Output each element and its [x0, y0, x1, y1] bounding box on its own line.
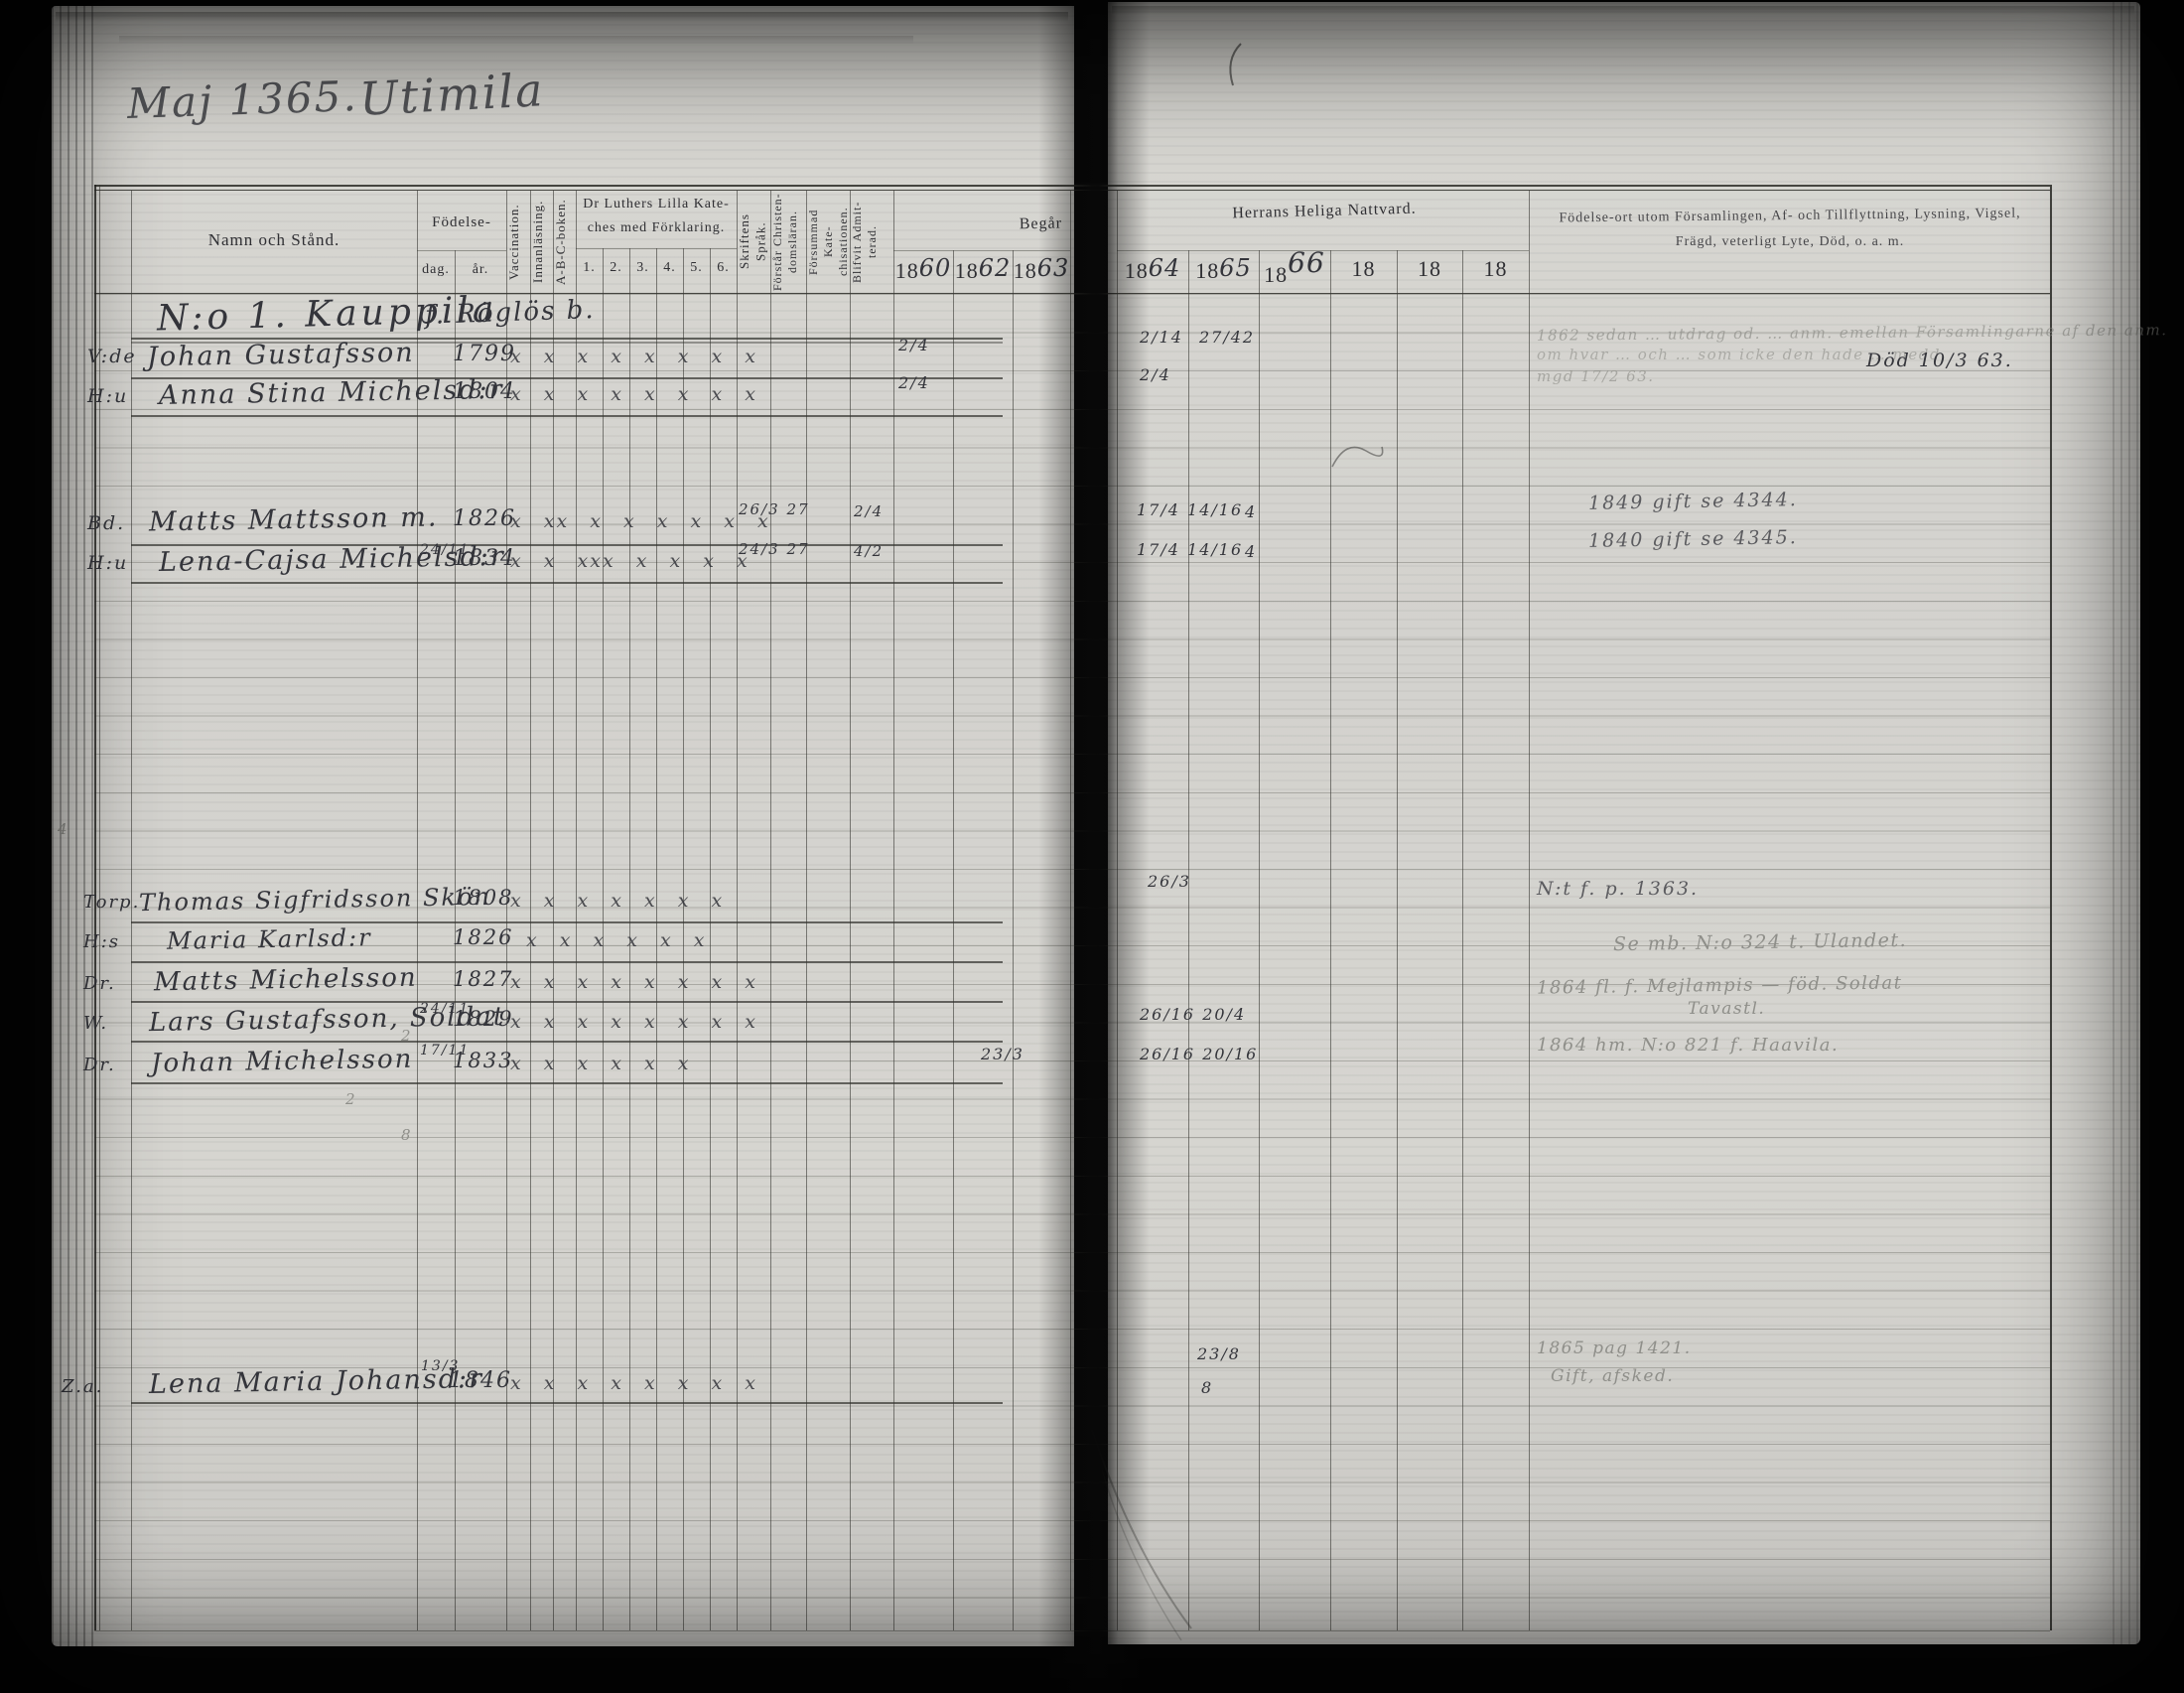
header-fodelse-dag: dag. — [417, 262, 455, 278]
entry-prefix: H:u — [87, 552, 128, 574]
entry-katekes-marks: x x x x x x — [510, 1053, 691, 1074]
entry-birth-year: 1834 — [453, 546, 516, 571]
header-fodelse: Födelse- — [417, 214, 506, 231]
communion-mark: 8 — [1201, 1378, 1213, 1397]
entry-name: Matts Mattsson m. — [149, 501, 439, 537]
ink-flourish — [1326, 437, 1386, 477]
year-cell-18-blank-2: 18 — [1397, 256, 1462, 282]
header-namn-och-stand: Namn och Stånd. — [131, 230, 417, 250]
book-gutter — [1038, 0, 1150, 1693]
communion-mark: 26/16 20/4 — [1140, 1005, 1246, 1024]
entry-birth-year: 1804 — [453, 379, 516, 404]
stray-mark: 8 — [401, 1126, 412, 1144]
entry-birth-year: 1799 — [453, 342, 516, 366]
communion-mark: 26/16 20/16 — [1140, 1045, 1258, 1063]
entry-prefix: Torp. — [83, 892, 140, 913]
entry-katekes-marks: x x x x x x x x — [510, 1011, 757, 1033]
communion-mark: 26/3 — [1148, 872, 1191, 891]
page-stack-edge-right — [2113, 2, 2140, 1644]
entry-birth-year: 1826 — [453, 506, 516, 531]
header-vaccination: Vaccination. — [506, 193, 530, 291]
communion-mark: 23/3 — [981, 1045, 1024, 1063]
communion-mark: 4/2 — [854, 542, 884, 560]
entry-prefix: H:s — [83, 931, 120, 952]
margin-note-death: Död 10/3 63. — [1866, 350, 2013, 371]
header-katekes-col-6: 6. — [710, 260, 737, 276]
margin-note: 1865 pag 1421. — [1537, 1339, 1692, 1358]
entry-katekes-marks: x xx x x x x x x — [510, 510, 770, 532]
margin-note: N:t f. p. 1363. — [1537, 878, 1699, 900]
communion-mark: 26/3 27 — [739, 500, 810, 518]
header-skriftens-sprak: Skriftens Språk. — [737, 193, 770, 291]
communion-mark: 23/8 — [1197, 1344, 1241, 1363]
communion-mark: 2/4 — [898, 373, 930, 392]
year-cell-1865: 1865 — [1188, 256, 1259, 284]
stray-mark: 2 — [401, 1027, 412, 1045]
margin-note: 1849 gift se 4344. — [1588, 489, 1798, 514]
stray-mark: 2 — [345, 1090, 356, 1108]
header-katekes-line2: ches med Förklaring. — [576, 220, 737, 236]
entry-katekes-marks: x x x x x x x x — [510, 346, 757, 367]
year-cell-18-blank-1: 18 — [1330, 256, 1397, 282]
entry-name: Maria Karlsd:r — [167, 923, 372, 955]
header-katekes-col-4: 4. — [656, 260, 683, 276]
entry-katekes-marks: x x x x x x — [526, 929, 707, 951]
entry-prefix: Dr. — [83, 973, 116, 994]
communion-mark: 27/42 — [1199, 328, 1255, 347]
scan-smear — [56, 12, 1068, 22]
year-cell-1862: 1862 — [953, 256, 1013, 284]
stray-mark: 4 — [58, 820, 68, 838]
margin-note: Gift, afsked. — [1551, 1366, 1674, 1386]
entry-birth-year: 1826 — [453, 925, 513, 949]
scanned-register-spread: Maj 1365. Utimila — [0, 0, 2184, 1693]
header-forstar-christendomslaran: Förstår Christen- domsläran. — [770, 193, 806, 291]
communion-mark: 17/4 14/16 — [1137, 540, 1243, 559]
header-katekes-col-3: 3. — [629, 260, 656, 276]
entry-katekes-marks: x x x x x x x x — [510, 383, 757, 405]
margin-note: mgd 17/2 63. — [1537, 367, 1655, 385]
entry-name: Matts Michelsson — [154, 963, 418, 998]
header-notes-line2: Frägd, veterligt Lyte, Död, o. a. m. — [1537, 234, 2043, 250]
entry-prefix: V:de — [87, 346, 137, 367]
year-cell-1866: 1866 — [1259, 256, 1330, 289]
entry-katekes-marks: x x x x x x x x — [510, 1372, 757, 1394]
header-blifvit-admitterad: Blifvit Admit- terad. — [850, 193, 893, 291]
header-katekes-col-1: 1. — [576, 260, 603, 276]
year-cell-1860: 1860 — [893, 256, 953, 284]
entry-prefix: Bd. — [87, 512, 125, 534]
entry-prefix: H:u — [87, 385, 128, 407]
communion-mark: 24/3 27 — [739, 540, 810, 558]
communion-mark: 2/4 — [854, 502, 884, 520]
entry-birth-year: 1808 — [453, 886, 513, 910]
entry-household-suffix: f. Röglös b. — [425, 295, 597, 331]
entry-birth-year: 1827 — [453, 967, 513, 991]
entry-prefix: Dr. — [83, 1055, 116, 1075]
entry-name: Johan Gustafsson — [147, 338, 415, 373]
communion-mark: 2/4 — [898, 336, 930, 354]
header-forsummad-katechisationen: Försummad Kate- chisationen. — [806, 193, 850, 291]
header-abc-boken: A-B-C-boken. — [553, 193, 576, 291]
header-katekes-col-2: 2. — [603, 260, 629, 276]
margin-note: 1864 hm. N:o 821 f. Haavila. — [1537, 1035, 1839, 1056]
header-begar: Begår — [893, 215, 1062, 236]
entry-birth-year: 1833 — [453, 1049, 513, 1072]
page-heading-place: Utimila — [358, 63, 546, 126]
page-heading-date: Maj 1365. — [126, 71, 358, 128]
entry-prefix: Z.a. — [62, 1376, 103, 1397]
entry-katekes-marks: x x x x x x x — [510, 890, 724, 912]
entry-birth-year: 1846 — [449, 1368, 512, 1393]
margin-note: 1840 gift se 4345. — [1588, 526, 1798, 552]
scan-smear — [119, 36, 913, 44]
header-katekes-col-5: 5. — [683, 260, 710, 276]
communion-mark: 17/4 14/16 — [1137, 500, 1243, 519]
communion-mark: 4 — [1245, 502, 1257, 521]
margin-note: Se mb. N:o 324 t. Ulandet. — [1613, 929, 1907, 955]
header-innanlasning: Innanläsning. — [530, 193, 553, 291]
header-katekes-line1: Dr Luthers Lilla Kate- — [576, 197, 737, 212]
communion-mark: 4 — [1245, 542, 1257, 561]
header-fodelse-ar: år. — [455, 262, 506, 278]
entry-katekes-marks: x x x x x x x x — [510, 971, 757, 993]
entry-prefix: W. — [83, 1013, 108, 1034]
entry-katekes-marks: x x xxx x x x x — [510, 550, 750, 572]
margin-note: Tavastl. — [1688, 999, 1765, 1019]
entry-birth-year: 1829 — [453, 1007, 513, 1031]
scan-smear — [1112, 6, 2134, 15]
ink-flourish — [1219, 40, 1249, 89]
entry-name: Johan Michelsson — [151, 1045, 414, 1079]
year-cell-18-blank-3: 18 — [1462, 256, 1529, 282]
